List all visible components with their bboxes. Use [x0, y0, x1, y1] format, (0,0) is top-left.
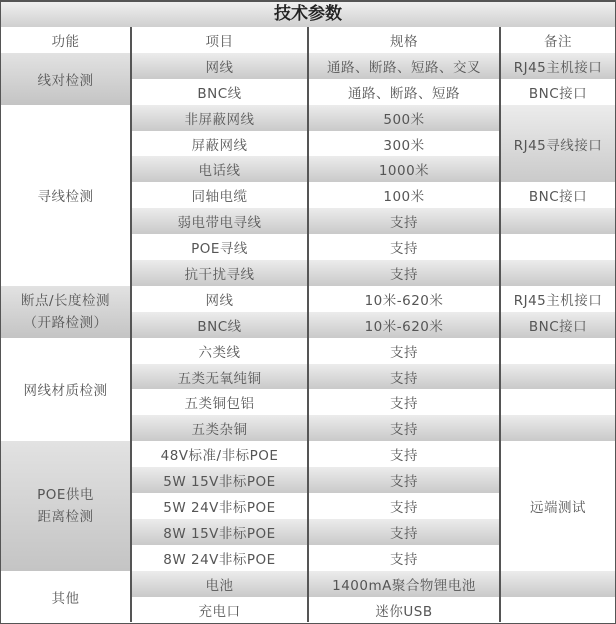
item-cell: 五类铜包铝	[131, 389, 308, 415]
note-cell	[500, 389, 615, 415]
tech-spec-table-frame: 技术参数 功能 项目 规格 备注 线对检测 网线 通路、断路、短路、交叉 RJ4…	[0, 0, 616, 624]
spec-cell: 支持	[308, 441, 500, 467]
header-spec: 规格	[308, 27, 500, 53]
note-cell	[500, 234, 615, 260]
spec-cell: 1400mA聚合物锂电池	[308, 571, 500, 597]
table-row: POE供电 距离检测 48V标准/非标POE 支持 远端测试	[1, 441, 615, 467]
function-cell: 寻线检测	[1, 105, 131, 286]
item-cell: 五类无氧纯铜	[131, 364, 308, 390]
item-cell: 抗干扰寻线	[131, 260, 308, 286]
header-item: 项目	[131, 27, 308, 53]
spec-table: 功能 项目 规格 备注 线对检测 网线 通路、断路、短路、交叉 RJ45主机接口…	[1, 27, 615, 622]
spec-cell: 支持	[308, 467, 500, 493]
item-cell: 5W 15V非标POE	[131, 467, 308, 493]
note-cell: BNC接口	[500, 79, 615, 105]
spec-cell: 100米	[308, 182, 500, 208]
note-cell	[500, 260, 615, 286]
item-cell: 五类杂铜	[131, 415, 308, 441]
spec-cell: 10米-620米	[308, 286, 500, 312]
spec-cell: 1000米	[308, 156, 500, 182]
note-cell: 远端测试	[500, 441, 615, 570]
spec-cell: 迷你USB	[308, 597, 500, 623]
item-cell: BNC线	[131, 312, 308, 338]
table-row: 寻线检测 非屏蔽网线 500米 RJ45寻线接口	[1, 105, 615, 131]
note-cell	[500, 597, 615, 623]
item-cell: 非屏蔽网线	[131, 105, 308, 131]
note-cell	[500, 364, 615, 390]
spec-cell: 支持	[308, 545, 500, 571]
note-cell: RJ45主机接口	[500, 286, 615, 312]
spec-cell: 支持	[308, 260, 500, 286]
item-cell: 电话线	[131, 156, 308, 182]
function-line-2: （开路检测）	[1, 312, 130, 334]
item-cell: 48V标准/非标POE	[131, 441, 308, 467]
table-row: 其他 电池 1400mA聚合物锂电池	[1, 571, 615, 597]
spec-cell: 支持	[308, 415, 500, 441]
item-cell: 六类线	[131, 338, 308, 364]
spec-cell: 通路、断路、短路、交叉	[308, 53, 500, 79]
spec-cell: 300米	[308, 131, 500, 157]
note-cell: BNC接口	[500, 312, 615, 338]
table-title: 技术参数	[1, 2, 615, 27]
function-cell: 网线材质检测	[1, 338, 131, 442]
spec-cell: 支持	[308, 338, 500, 364]
item-cell: 同轴电缆	[131, 182, 308, 208]
spec-cell: 支持	[308, 519, 500, 545]
note-cell: RJ45主机接口	[500, 53, 615, 79]
function-cell: 其他	[1, 571, 131, 623]
spec-cell: 500米	[308, 105, 500, 131]
note-cell: BNC接口	[500, 182, 615, 208]
item-cell: 弱电带电寻线	[131, 208, 308, 234]
item-cell: POE寻线	[131, 234, 308, 260]
header-row: 功能 项目 规格 备注	[1, 27, 615, 53]
function-line-1: 断点/长度检测	[1, 290, 130, 312]
spec-cell: 支持	[308, 234, 500, 260]
item-cell: 8W 24V非标POE	[131, 545, 308, 571]
table-row: 断点/长度检测 （开路检测） 网线 10米-620米 RJ45主机接口	[1, 286, 615, 312]
spec-cell: 支持	[308, 389, 500, 415]
note-cell: RJ45寻线接口	[500, 105, 615, 183]
spec-cell: 支持	[308, 493, 500, 519]
spec-cell: 支持	[308, 208, 500, 234]
item-cell: 充电口	[131, 597, 308, 623]
spec-cell: 通路、断路、短路	[308, 79, 500, 105]
note-cell	[500, 338, 615, 364]
item-cell: 网线	[131, 286, 308, 312]
note-cell	[500, 415, 615, 441]
item-cell: 屏蔽网线	[131, 131, 308, 157]
spec-cell: 支持	[308, 364, 500, 390]
function-cell: POE供电 距离检测	[1, 441, 131, 570]
table-row: 网线材质检测 六类线 支持	[1, 338, 615, 364]
function-line-2: 距离检测	[1, 506, 130, 528]
spec-cell: 10米-620米	[308, 312, 500, 338]
item-cell: BNC线	[131, 79, 308, 105]
function-line-1: POE供电	[1, 484, 130, 506]
header-function: 功能	[1, 27, 131, 53]
function-cell: 线对检测	[1, 53, 131, 105]
item-cell: 网线	[131, 53, 308, 79]
table-row: 线对检测 网线 通路、断路、短路、交叉 RJ45主机接口	[1, 53, 615, 79]
note-cell	[500, 208, 615, 234]
note-cell	[500, 571, 615, 597]
function-cell: 断点/长度检测 （开路检测）	[1, 286, 131, 338]
item-cell: 5W 24V非标POE	[131, 493, 308, 519]
item-cell: 8W 15V非标POE	[131, 519, 308, 545]
item-cell: 电池	[131, 571, 308, 597]
header-note: 备注	[500, 27, 615, 53]
